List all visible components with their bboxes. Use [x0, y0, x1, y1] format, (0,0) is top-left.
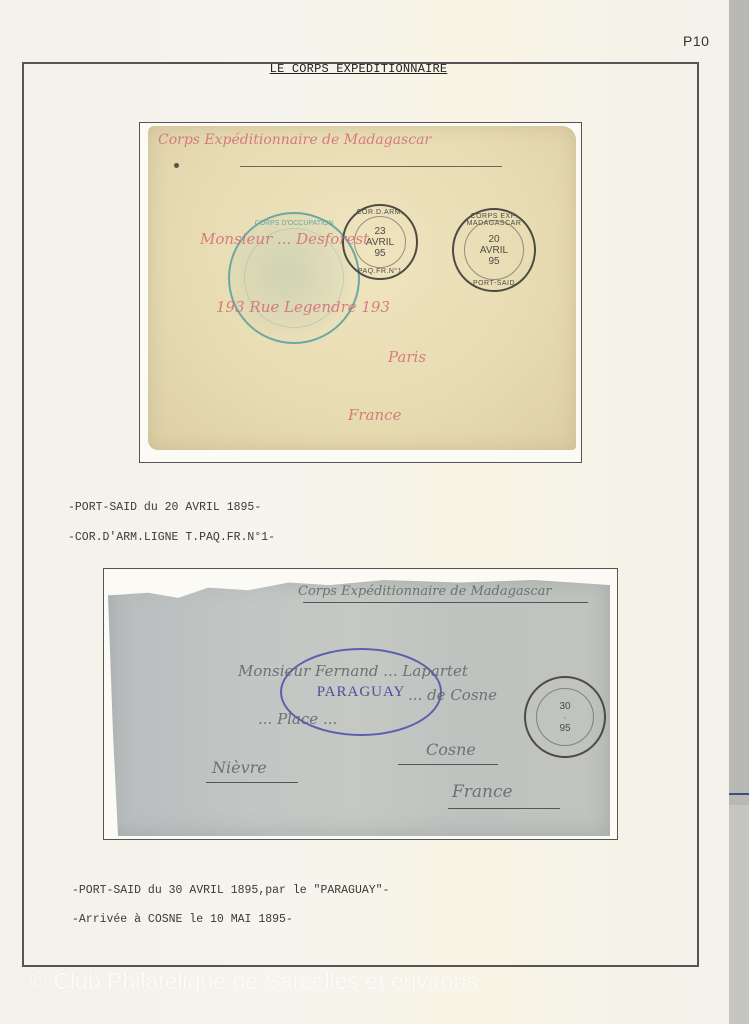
- postmark-day: 20: [488, 234, 499, 245]
- cover1-address-line2: 193 Rue Legendre 193: [216, 298, 390, 316]
- cover2-nievre-rule: [206, 782, 298, 783]
- postmark-ring-bottom: PORT-SAID: [454, 280, 534, 287]
- cover1-address-line3: Paris: [388, 348, 426, 366]
- postmark-ring-top: CORPS EXP. MADAGASCAR: [454, 213, 534, 227]
- cover2-address-line6: France: [452, 782, 513, 802]
- cover2-address-line1: Monsieur Fernand ... Lapartet: [238, 662, 468, 680]
- cover2-address-line2: ... de Cosne: [408, 686, 497, 704]
- cover1-caption-line1: -PORT-SAID du 20 AVRIL 1895-: [68, 501, 261, 514]
- cover2-postmark: 30 • 95: [524, 676, 606, 758]
- cover2-envelope: Corps Expéditionnaire de Madagascar PARA…: [108, 580, 610, 836]
- cover2-cosne-rule: [398, 764, 498, 765]
- postmark-ring-top: COR.D.ARM.: [344, 209, 416, 216]
- cover2-caption-line1: -PORT-SAID du 30 AVRIL 1895,par le "PARA…: [72, 884, 389, 897]
- cover2-france-rule: [448, 808, 560, 809]
- cover2-caption-line2: -Arrivée à COSNE le 10 MAI 1895-: [72, 913, 293, 926]
- copyright-watermark: © Club Philatélique de Sarcelles et envi…: [30, 968, 478, 995]
- scan-edge-strip: [729, 0, 749, 1024]
- cover1-ink-dot: [174, 163, 179, 168]
- postmark-month: AVRIL: [366, 237, 394, 248]
- cover1-caption-line2: -COR.D'ARM.LIGNE T.PAQ.FR.N°1-: [68, 531, 275, 544]
- cover1-address-line1: Monsieur ... Desforest: [200, 230, 369, 248]
- postmark-year: 95: [559, 723, 570, 734]
- postmark-day: 30: [559, 701, 570, 712]
- cover2-address-line4: Cosne: [426, 740, 476, 759]
- cover1-header-rule: [240, 166, 502, 167]
- album-page: P10 LE CORPS EXPEDITIONNAIRE Corps Expéd…: [0, 0, 729, 1024]
- postmark-year: 95: [374, 248, 385, 259]
- page-title: LE CORPS EXPEDITIONNAIRE: [0, 62, 729, 76]
- cover1-blue-seal-text: CORPS D'OCCUPATION: [230, 220, 358, 227]
- page-number: P10: [683, 33, 709, 49]
- page-title-text: LE CORPS EXPEDITIONNAIRE: [270, 62, 448, 76]
- cover1-postmark-right: CORPS EXP. MADAGASCAR 20 AVRIL 95 PORT-S…: [452, 208, 536, 292]
- cover2-address-line5: Nièvre: [212, 758, 267, 777]
- scan-edge-lower: [729, 805, 749, 1024]
- cover1-envelope: Corps Expéditionnaire de Madagascar CORP…: [148, 126, 576, 450]
- cover2-address-line3: ... Place ...: [258, 710, 337, 728]
- postmark-year: 95: [488, 256, 499, 267]
- cover1-header-manuscript: Corps Expéditionnaire de Madagascar: [158, 132, 431, 148]
- oval-stamp-text: PARAGUAY: [317, 684, 406, 701]
- postmark-day: 23: [374, 226, 385, 237]
- scan-edge-blue-line: [729, 793, 749, 795]
- postmark-month: AVRIL: [480, 245, 508, 256]
- cover1-address-line4: France: [348, 406, 401, 424]
- postmark-ring-bottom: PAQ.FR.N°1: [344, 268, 416, 275]
- cover2-header-rule: [303, 602, 588, 603]
- cover2-header-manuscript: Corps Expéditionnaire de Madagascar: [298, 584, 552, 599]
